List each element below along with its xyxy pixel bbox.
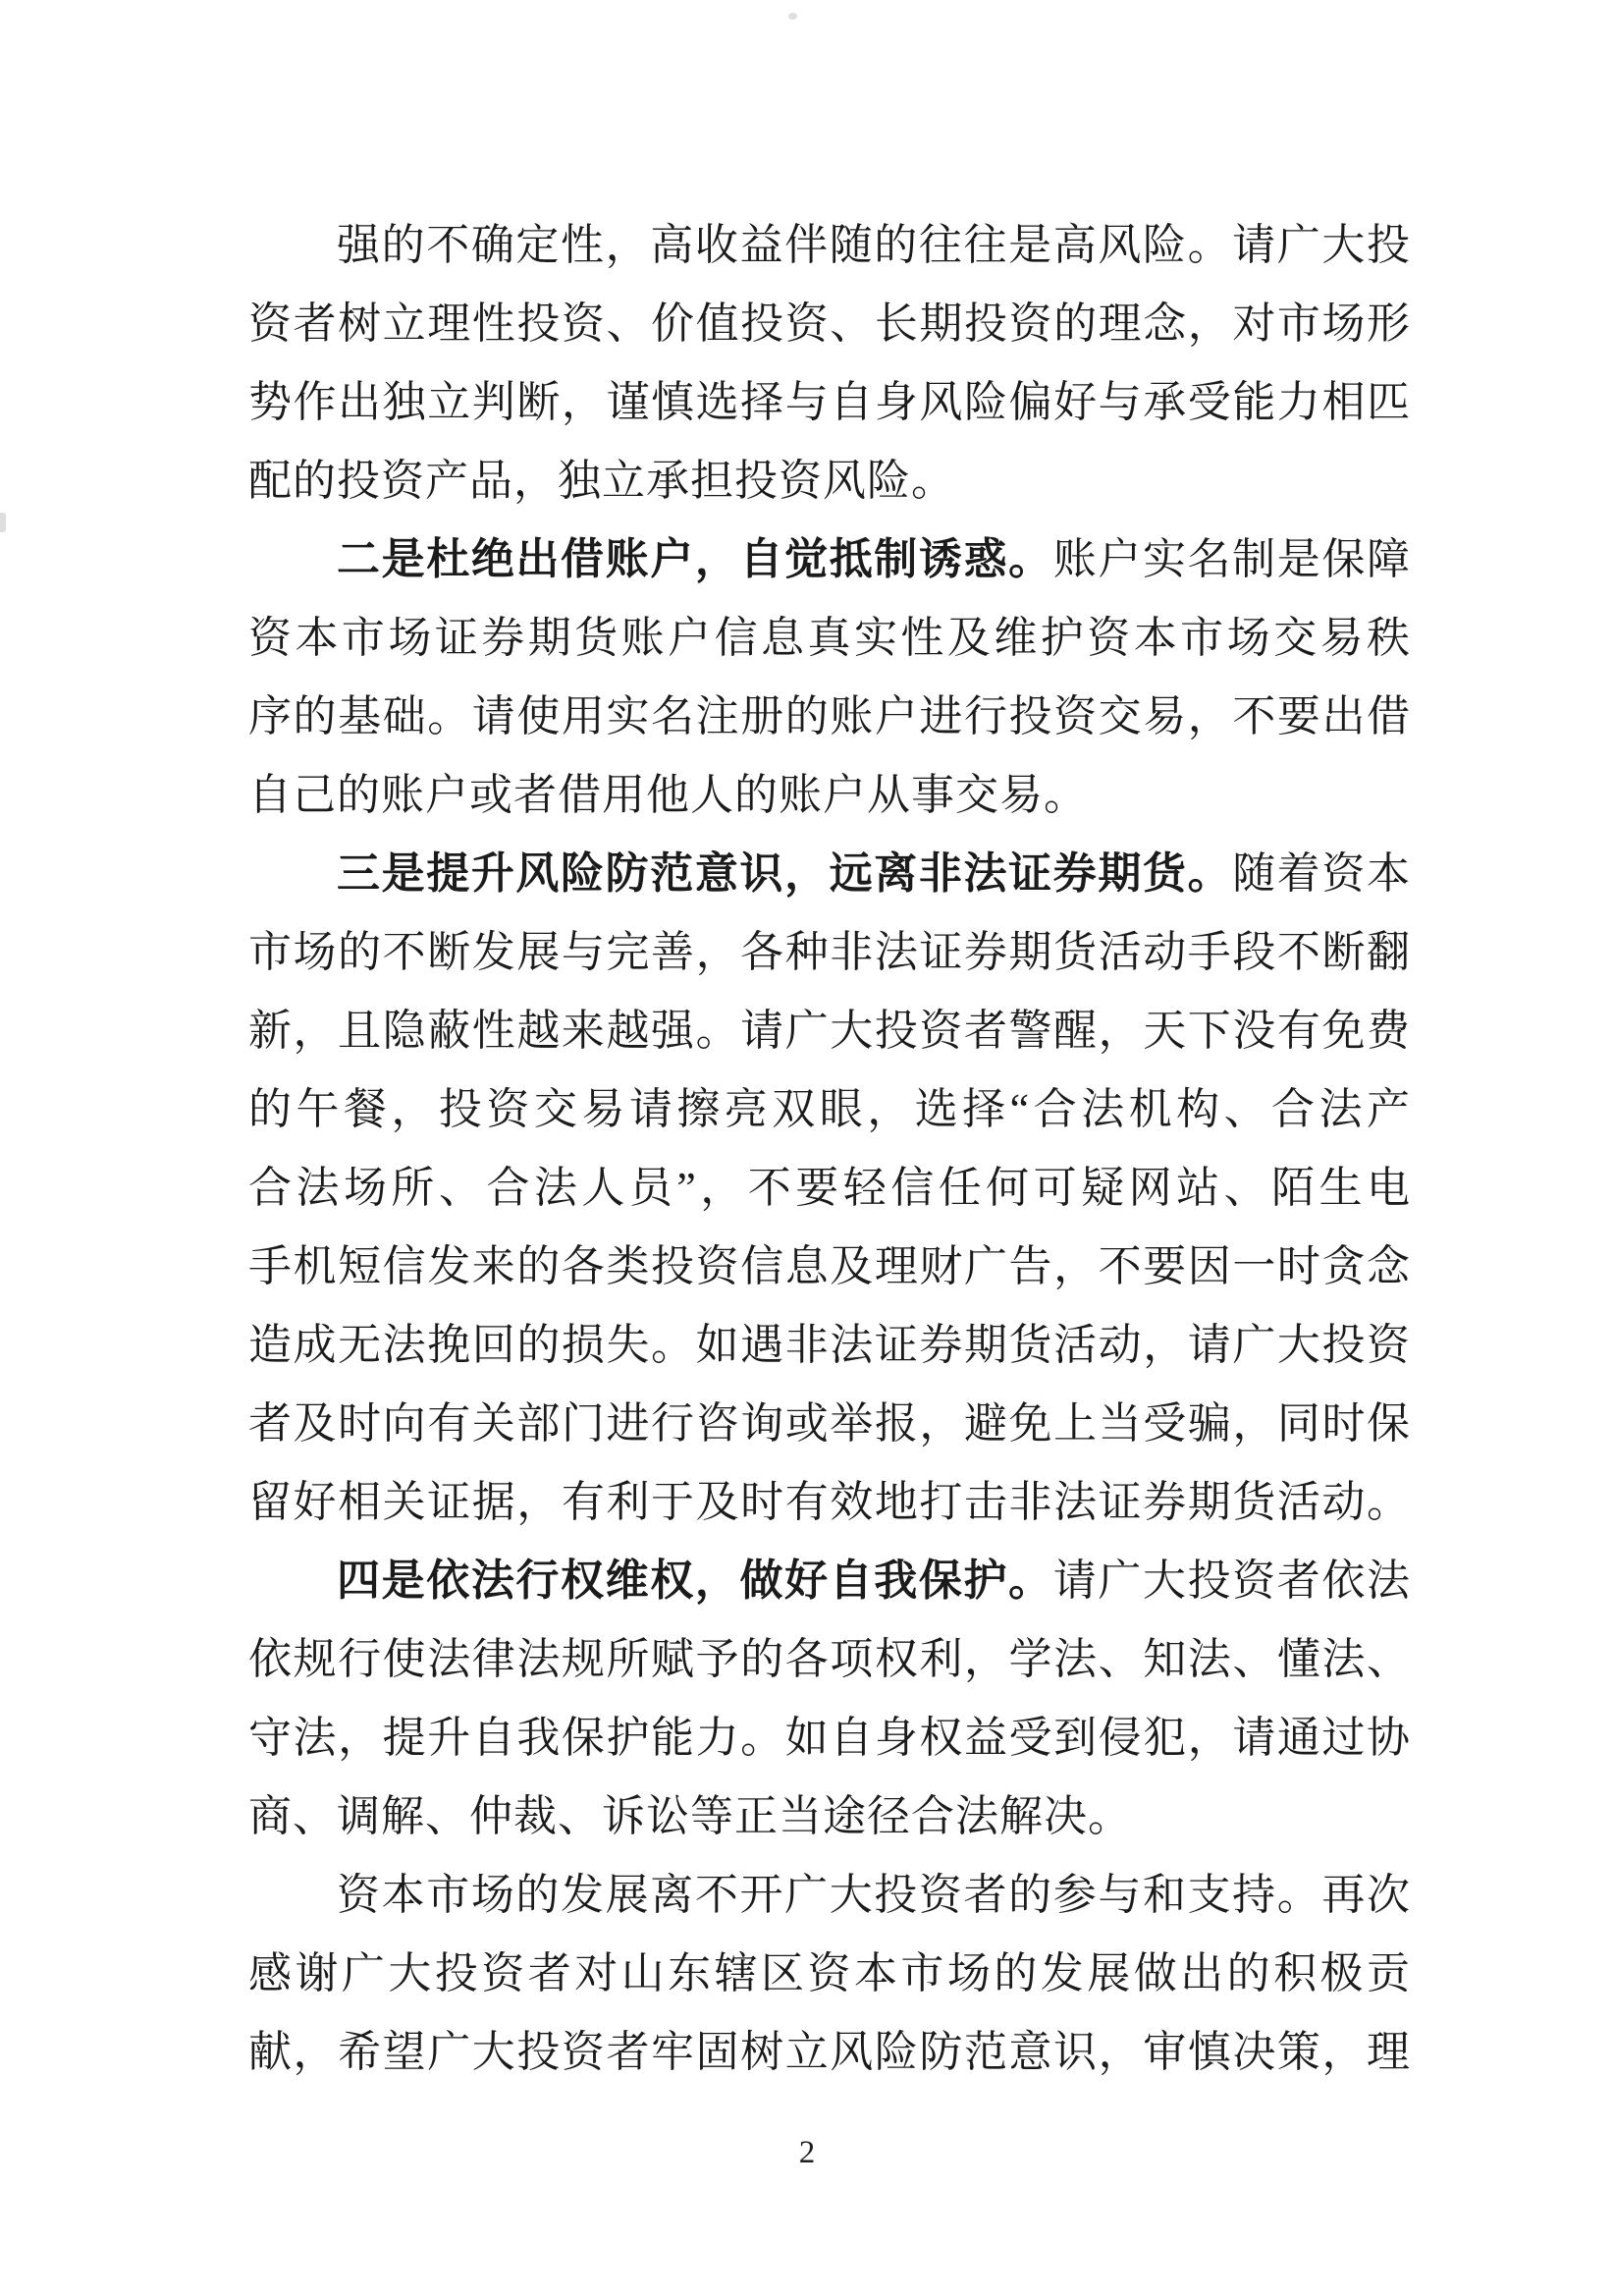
paragraph-text: 势作出独立判断，谨慎选择与自身风险偏好与承受能力相匹: [248, 378, 1411, 426]
paragraph-text: 自己的账户或者借用他人的账户从事交易。: [248, 771, 1088, 819]
scan-artifact-top: [788, 13, 797, 20]
paragraph-text: 者及时向有关部门进行咨询或举报，避免上当受骗，同时保: [248, 1399, 1411, 1448]
paragraph-text: 资者树立理性投资、价值投资、长期投资的理念，对市场形: [248, 300, 1411, 348]
text-line: 新，且隐蔽性越来越强。请广大投资者警醒，天下没有免费: [248, 992, 1411, 1070]
paragraph-text: 的午餐，投资交易请擦亮双眼，选择“合法机构、合法产品、: [248, 1085, 1411, 1149]
text-line: 配的投资产品，独立承担投资风险。: [248, 442, 1411, 520]
text-line: 手机短信发来的各类投资信息及理财广告，不要因一时贪念: [248, 1228, 1411, 1306]
paragraph-text: 新，且隐蔽性越来越强。请广大投资者警醒，天下没有免费: [248, 1007, 1411, 1055]
text-line: 势作出独立判断，谨慎选择与自身风险偏好与承受能力相匹: [248, 363, 1411, 442]
paragraph-text: 请广大投资者依法: [1053, 1557, 1411, 1605]
text-line: 资本市场证券期货账户信息真实性及维护资本市场交易秩: [248, 599, 1411, 678]
text-line: 三是提升风险防范意识，远离非法证券期货。随着资本: [248, 835, 1411, 913]
paragraph-text: 随着资本: [1232, 849, 1411, 898]
text-line: 守法，提升自我保护能力。如自身权益受到侵犯，请通过协: [248, 1699, 1411, 1777]
text-line: 强的不确定性，高收益伴随的往往是高风险。请广大投: [248, 206, 1411, 285]
text-line: 献，希望广大投资者牢固树立风险防范意识，审慎决策，理: [248, 2013, 1411, 2092]
paragraph-lead-bold: 四是依法行权维权，做好自我保护。: [337, 1557, 1053, 1605]
page-number: 2: [0, 2133, 1614, 2172]
text-line: 造成无法挽回的损失。如遇非法证券期货活动，请广大投资: [248, 1306, 1411, 1385]
paragraph-text: 献，希望广大投资者牢固树立风险防范意识，审慎决策，理: [248, 2028, 1411, 2076]
text-line: 商、调解、仲裁、诉讼等正当途径合法解决。: [248, 1777, 1411, 1856]
text-line: 资者树立理性投资、价值投资、长期投资的理念，对市场形: [248, 285, 1411, 363]
text-line: 感谢广大投资者对山东辖区资本市场的发展做出的积极贡: [248, 1935, 1411, 2013]
paragraph-lead-bold: 三是提升风险防范意识，远离非法证券期货。: [337, 849, 1232, 898]
paragraph-text: 市场的不断发展与完善，各种非法证券期货活动手段不断翻: [248, 928, 1411, 976]
text-line: 留好相关证据，有利于及时有效地打击非法证券期货活动。: [248, 1463, 1411, 1542]
document-body: 强的不确定性，高收益伴随的往往是高风险。请广大投资者树立理性投资、价值投资、长期…: [248, 206, 1411, 2092]
paragraph-text: 配的投资产品，独立承担投资风险。: [248, 457, 955, 505]
paragraph-text: 商、调解、仲裁、诉讼等正当途径合法解决。: [248, 1792, 1132, 1840]
text-line: 市场的不断发展与完善，各种非法证券期货活动手段不断翻: [248, 913, 1411, 992]
paragraph-text: 依规行使法律法规所赋予的各项权利，学法、知法、懂法、: [248, 1635, 1411, 1683]
text-line: 四是依法行权维权，做好自我保护。请广大投资者依法: [248, 1542, 1411, 1620]
document-page: 强的不确定性，高收益伴随的往往是高风险。请广大投资者树立理性投资、价值投资、长期…: [0, 0, 1614, 2296]
text-line: 自己的账户或者借用他人的账户从事交易。: [248, 756, 1411, 835]
text-line: 二是杜绝出借账户，自觉抵制诱惑。账户实名制是保障: [248, 520, 1411, 599]
text-line: 合法场所、合法人员”，不要轻信任何可疑网站、陌生电话、: [248, 1149, 1411, 1228]
text-line: 的午餐，投资交易请擦亮双眼，选择“合法机构、合法产品、: [248, 1070, 1411, 1149]
scan-artifact-left-edge: [0, 513, 6, 532]
paragraph-text: 资本市场的发展离不开广大投资者的参与和支持。再次: [337, 1871, 1411, 1919]
paragraph-lead-bold: 二是杜绝出借账户，自觉抵制诱惑。: [337, 535, 1053, 583]
text-line: 资本市场的发展离不开广大投资者的参与和支持。再次: [248, 1856, 1411, 1935]
paragraph-text: 资本市场证券期货账户信息真实性及维护资本市场交易秩: [248, 614, 1411, 662]
paragraph-text: 守法，提升自我保护能力。如自身权益受到侵犯，请通过协: [248, 1714, 1411, 1762]
paragraph-text: 造成无法挽回的损失。如遇非法证券期货活动，请广大投资: [248, 1321, 1411, 1369]
paragraph-text: 感谢广大投资者对山东辖区资本市场的发展做出的积极贡: [248, 1949, 1411, 1997]
text-line: 序的基础。请使用实名注册的账户进行投资交易，不要出借: [248, 678, 1411, 756]
paragraph-text: 留好相关证据，有利于及时有效地打击非法证券期货活动。: [248, 1478, 1411, 1526]
paragraph-text: 合法场所、合法人员”，不要轻信任何可疑网站、陌生电话、: [248, 1164, 1411, 1228]
paragraph-text: 序的基础。请使用实名注册的账户进行投资交易，不要出借: [248, 692, 1411, 740]
text-line: 者及时向有关部门进行咨询或举报，避免上当受骗，同时保: [248, 1385, 1411, 1463]
paragraph-text: 强的不确定性，高收益伴随的往往是高风险。请广大投: [337, 221, 1411, 269]
paragraph-text: 账户实名制是保障: [1053, 535, 1411, 583]
text-line: 依规行使法律法规所赋予的各项权利，学法、知法、懂法、: [248, 1620, 1411, 1699]
paragraph-text: 手机短信发来的各类投资信息及理财广告，不要因一时贪念: [248, 1242, 1411, 1290]
